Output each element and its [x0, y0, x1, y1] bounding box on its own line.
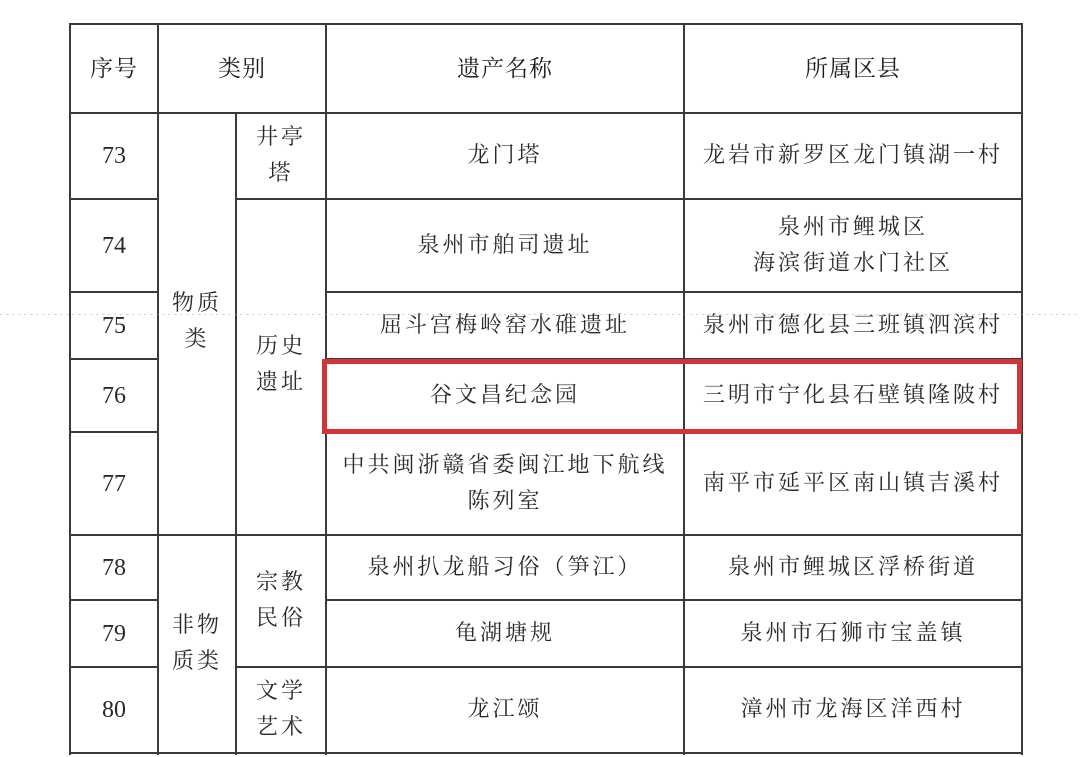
grid-line — [69, 112, 1023, 114]
row-index: 79 — [70, 600, 158, 667]
subgroup-well-line1: 井亭 — [256, 120, 306, 156]
grid-line — [325, 291, 1023, 293]
header-index: 序号 — [70, 24, 158, 113]
subgroup-historic-line2: 遗址 — [256, 365, 306, 401]
group-material-line1: 物质 — [172, 286, 222, 322]
highlight-box — [322, 359, 1022, 434]
grid-line — [69, 599, 159, 601]
header-location-label: 所属区县 — [805, 51, 901, 87]
subgroup-religion-line2: 民俗 — [256, 601, 306, 637]
row-location: 泉州市鲤城区 海滨街道水门社区 — [684, 199, 1022, 292]
group-nonmaterial: 非物 质类 — [158, 535, 236, 753]
row-location: 泉州市石狮市宝盖镇 — [684, 600, 1022, 667]
grid-line — [69, 358, 159, 360]
row-name: 龙江颂 — [326, 667, 684, 753]
row-name: 龙门塔 — [326, 113, 684, 199]
subgroup-historic-site: 历史 遗址 — [236, 199, 326, 535]
row-location: 泉州市德化县三班镇泗滨村 — [684, 292, 1022, 359]
row-index: 74 — [70, 199, 158, 292]
row-name: 泉州扒龙船习俗（笋江） — [326, 535, 684, 600]
grid-line — [157, 23, 159, 755]
grid-line — [69, 431, 159, 433]
row-location: 南平市延平区南山镇吉溪村 — [684, 432, 1022, 535]
grid-line — [69, 752, 1023, 754]
row-location: 漳州市龙海区洋西村 — [684, 667, 1022, 753]
header-category: 类别 — [158, 24, 326, 113]
row-name: 泉州市舶司遗址 — [326, 199, 684, 292]
row-index: 76 — [70, 359, 158, 432]
grid-line — [235, 666, 1023, 668]
grid-line — [69, 23, 1023, 25]
header-name-label: 遗产名称 — [457, 51, 553, 87]
subgroup-literature-line1: 文学 — [256, 674, 306, 710]
subgroup-well-line2: 塔 — [268, 156, 293, 192]
row-index: 80 — [70, 667, 158, 753]
grid-line — [69, 534, 1023, 536]
subgroup-religion-folk: 宗教 民俗 — [236, 535, 326, 667]
subgroup-literature-line2: 艺术 — [256, 710, 306, 746]
grid-line — [325, 599, 1023, 601]
subgroup-literature-art: 文学 艺术 — [236, 667, 326, 753]
group-nonmaterial-line2: 质类 — [172, 644, 222, 680]
row-location: 泉州市鲤城区浮桥街道 — [684, 535, 1022, 600]
grid-line — [69, 291, 159, 293]
grid-line — [235, 198, 1023, 200]
row-name-line2: 陈列室 — [467, 484, 542, 520]
row-location-line1: 泉州市鲤城区 — [778, 210, 928, 246]
scan-artifact-line — [0, 314, 1080, 315]
subgroup-religion-line1: 宗教 — [256, 565, 306, 601]
group-material-line2: 类 — [184, 322, 209, 358]
grid-line — [69, 666, 159, 668]
row-index: 73 — [70, 113, 158, 199]
group-material: 物质 类 — [158, 113, 236, 535]
row-index: 78 — [70, 535, 158, 600]
header-category-label: 类别 — [218, 51, 266, 87]
row-index: 75 — [70, 292, 158, 359]
group-nonmaterial-line1: 非物 — [172, 608, 222, 644]
header-name: 遗产名称 — [326, 24, 684, 113]
row-name-line1: 中共闽浙赣省委闽江地下航线 — [342, 448, 667, 484]
grid-line — [69, 198, 159, 200]
row-name: 龟湖塘规 — [326, 600, 684, 667]
grid-line — [235, 112, 237, 755]
row-index: 77 — [70, 432, 158, 535]
subgroup-historic-line1: 历史 — [256, 329, 306, 365]
subgroup-well-pavilion-tower: 井亭 塔 — [236, 113, 326, 199]
row-name: 屈斗宫梅岭窑水碓遗址 — [326, 292, 684, 359]
grid-line — [69, 23, 71, 755]
row-location: 龙岩市新罗区龙门镇湖一村 — [684, 113, 1022, 199]
row-name: 中共闽浙赣省委闽江地下航线 陈列室 — [326, 432, 684, 535]
header-index-label: 序号 — [90, 51, 138, 87]
header-location: 所属区县 — [684, 24, 1022, 113]
row-location-line2: 海滨街道水门社区 — [753, 246, 953, 282]
